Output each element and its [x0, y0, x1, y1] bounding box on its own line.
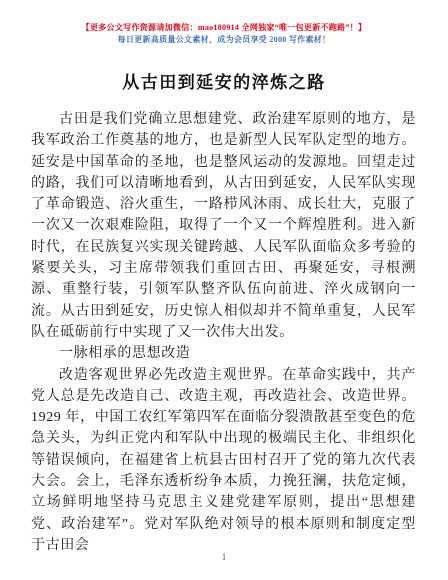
- paragraph-section1: 改造客观世界必先改造主观世界。在革命实践中，共产党人总是先改造自己、改造主观，再…: [31, 365, 416, 557]
- promo-banner: 【更多公文写作资源请加微信：mao180914 全网独家“唯一包更新不跑路”！】…: [0, 0, 448, 46]
- document-page: 【更多公文写作资源请加微信：mao180914 全网独家“唯一包更新不跑路”！】…: [0, 0, 448, 580]
- page-number-label: 1: [0, 552, 448, 562]
- page-title: 从古田到延安的淬炼之路: [0, 68, 448, 93]
- section-subheading: 一脉相承的思想改造: [31, 343, 416, 364]
- promo-line-blue: 每日更新高质量公文素材，成为会员享受 2000 写作素材！: [0, 34, 448, 46]
- paragraph-intro: 古田是我们党确立思想建党、政治建军原则的地方，是我军政治工作奠基的地方，也是新型…: [31, 109, 416, 343]
- document-body: 古田是我们党确立思想建党、政治建军原则的地方，是我军政治工作奠基的地方，也是新型…: [31, 109, 416, 556]
- promo-line-red: 【更多公文写作资源请加微信：mao180914 全网独家“唯一包更新不跑路”！】: [0, 22, 448, 34]
